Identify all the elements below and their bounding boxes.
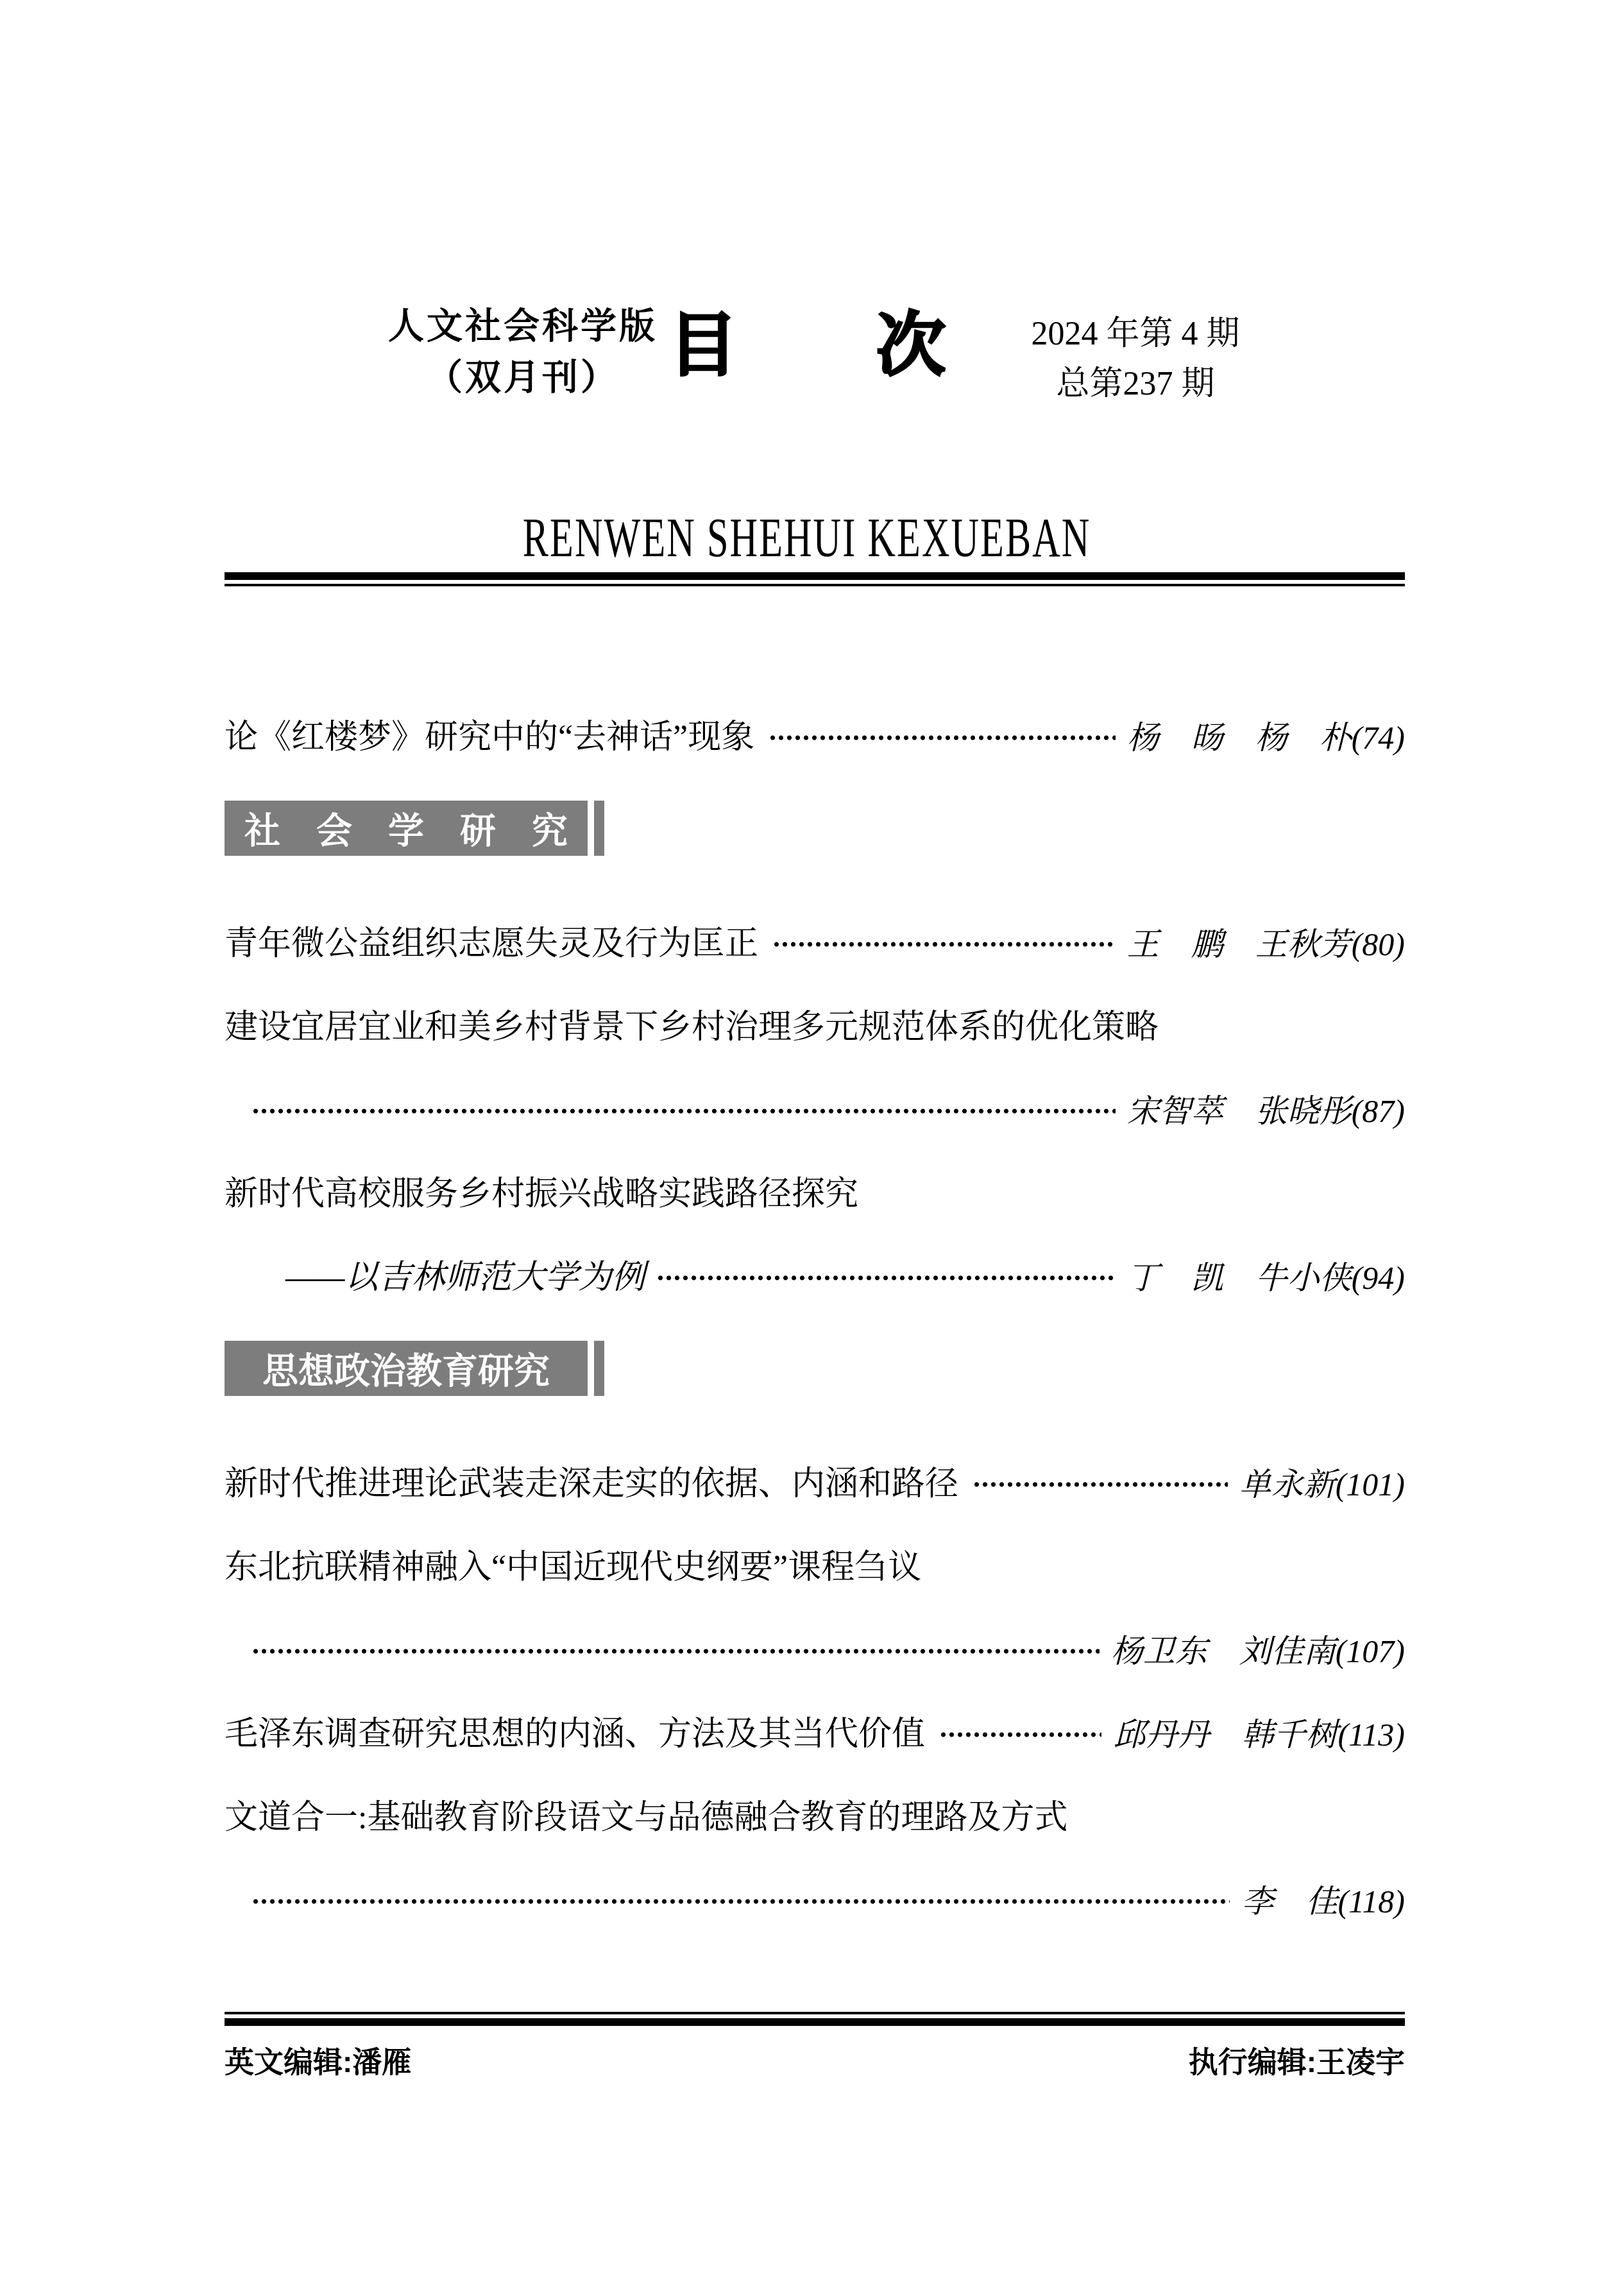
dots-leader	[939, 1714, 1101, 1755]
entry-authors: 李 佳(118)	[1241, 1881, 1405, 1922]
entry-page-number: (101)	[1336, 1467, 1405, 1502]
entry-title: 青年微公益组织志愿失灵及行为匡正	[225, 924, 758, 965]
editors-footer: 英文编辑:潘雁 执行编辑:王凌宇	[225, 2043, 1405, 2081]
entry-author-names: 王 鹏 王秋芳	[1127, 926, 1352, 962]
entry-author-names: 杨 旸 杨 朴	[1127, 720, 1352, 756]
dots-leader	[973, 1464, 1228, 1505]
entry-title: 建设宜居宜业和美乡村背景下乡村治理多元规范体系的优化策略	[225, 1007, 1159, 1048]
toc-entry-title-row: 新时代高校服务乡村振兴战略实践路径探究	[225, 1174, 1405, 1257]
entry-authors: 杨卫东 刘佳南(107)	[1111, 1631, 1405, 1672]
entry-authors: 丁 凯 牛小侠(94)	[1127, 1257, 1405, 1298]
entry-page-number: (74)	[1352, 720, 1405, 756]
entry-authors: 宋智萃 张晓彤(87)	[1127, 1091, 1405, 1132]
dots-leader	[772, 924, 1116, 965]
dots-leader	[251, 1091, 1116, 1132]
english-editor-label: 英文编辑:潘雁	[225, 2043, 411, 2081]
entry-author-names: 单永新	[1239, 1467, 1336, 1502]
issue-number: 2024 年第 4 期	[988, 309, 1283, 359]
dots-leader	[769, 717, 1116, 758]
entry-page-number: (113)	[1338, 1717, 1405, 1753]
entry-page-number: (107)	[1336, 1633, 1405, 1669]
rule-thick-line	[225, 2018, 1405, 2026]
toc-entry: 毛泽东调查研究思想的内涵、方法及其当代价值邱丹丹 韩千树(113)	[225, 1714, 1405, 1798]
entry-title: 东北抗联精神融入“中国近现代史纲要”课程刍议	[225, 1547, 921, 1588]
section-header-box: 社 会 学 研 究	[225, 801, 588, 856]
entry-title: 文道合一:基础教育阶段语文与品德融合教育的理路及方式	[225, 1798, 1067, 1839]
dots-leader	[656, 1257, 1115, 1298]
rule-thin-line	[225, 584, 1405, 586]
entry-title: 毛泽东调查研究思想的内涵、方法及其当代价值	[225, 1714, 925, 1755]
section-header-box: 思想政治教育研究	[225, 1341, 588, 1396]
entry-title: 新时代推进理论武装走深走实的依据、内涵和路径	[225, 1464, 958, 1505]
entry-authors: 邱丹丹 韩千树(113)	[1113, 1714, 1405, 1755]
entry-page-number: (118)	[1338, 1884, 1405, 1919]
rule-thick-line	[225, 572, 1405, 580]
dots-leader	[251, 1631, 1100, 1672]
toc-list: 论《红楼梦》研究中的“去神话”现象杨 旸 杨 朴(74)社 会 学 研 究青年微…	[225, 717, 1405, 1964]
toc-entry: 青年微公益组织志愿失灵及行为匡正王 鹏 王秋芳(80)	[225, 924, 1405, 1007]
toc-entry: 新时代推进理论武装走深走实的依据、内涵和路径单永新(101)	[225, 1464, 1405, 1547]
journal-pinyin-title: RENWEN SHEHUI KEXUEBAN	[0, 507, 1614, 568]
toc-entry-title-row: 文道合一:基础教育阶段语文与品德融合教育的理路及方式	[225, 1798, 1405, 1881]
entry-author-names: 丁 凯 牛小侠	[1127, 1260, 1352, 1296]
section-header: 社 会 学 研 究	[225, 801, 1405, 856]
entry-authors: 单永新(101)	[1239, 1464, 1405, 1505]
entry-author-names: 邱丹丹 韩千树	[1113, 1717, 1338, 1753]
entry-title: 论《红楼梦》研究中的“去神话”现象	[225, 717, 754, 758]
dots-leader	[251, 1881, 1230, 1922]
section-header-bar	[594, 801, 604, 856]
toc-entry-continuation-row: 宋智萃 张晓彤(87)	[225, 1091, 1405, 1174]
entry-authors: 王 鹏 王秋芳(80)	[1127, 924, 1405, 965]
entry-title: 新时代高校服务乡村振兴战略实践路径探究	[225, 1174, 858, 1215]
toc-entry-title-row: 东北抗联精神融入“中国近现代史纲要”课程刍议	[225, 1547, 1405, 1631]
double-rule-top	[225, 572, 1405, 586]
double-rule-bottom	[225, 2012, 1405, 2026]
entry-authors: 杨 旸 杨 朴(74)	[1127, 717, 1405, 758]
entry-page-number: (87)	[1352, 1093, 1405, 1129]
issue-info-block: 2024 年第 4 期 总第237 期	[988, 309, 1283, 409]
toc-entry-title-row: 建设宜居宜业和美乡村背景下乡村治理多元规范体系的优化策略	[225, 1007, 1405, 1091]
toc-entry: 论《红楼梦》研究中的“去神话”现象杨 旸 杨 朴(74)	[225, 717, 1405, 801]
entry-author-names: 宋智萃 张晓彤	[1127, 1093, 1352, 1129]
journal-pinyin-text: RENWEN SHEHUI KEXUEBAN	[523, 507, 1091, 568]
toc-entry-continuation-row: 李 佳(118)	[225, 1881, 1405, 1964]
cumulative-issue-number: 总第237 期	[988, 359, 1283, 409]
toc-entry-continuation-row: 杨卫东 刘佳南(107)	[225, 1631, 1405, 1714]
toc-entry-continuation-row: ——以吉林师范大学为例丁 凯 牛小侠(94)	[225, 1257, 1405, 1341]
executive-editor-label: 执行编辑:王凌宇	[1189, 2043, 1405, 2081]
section-header-bar	[594, 1341, 604, 1396]
entry-page-number: (94)	[1352, 1260, 1405, 1296]
entry-author-names: 杨卫东 刘佳南	[1111, 1633, 1336, 1669]
section-header: 思想政治教育研究	[225, 1341, 1405, 1396]
entry-page-number: (80)	[1352, 926, 1405, 962]
entry-author-names: 李 佳	[1241, 1884, 1338, 1919]
entry-subtitle: ——以吉林师范大学为例	[225, 1257, 645, 1298]
